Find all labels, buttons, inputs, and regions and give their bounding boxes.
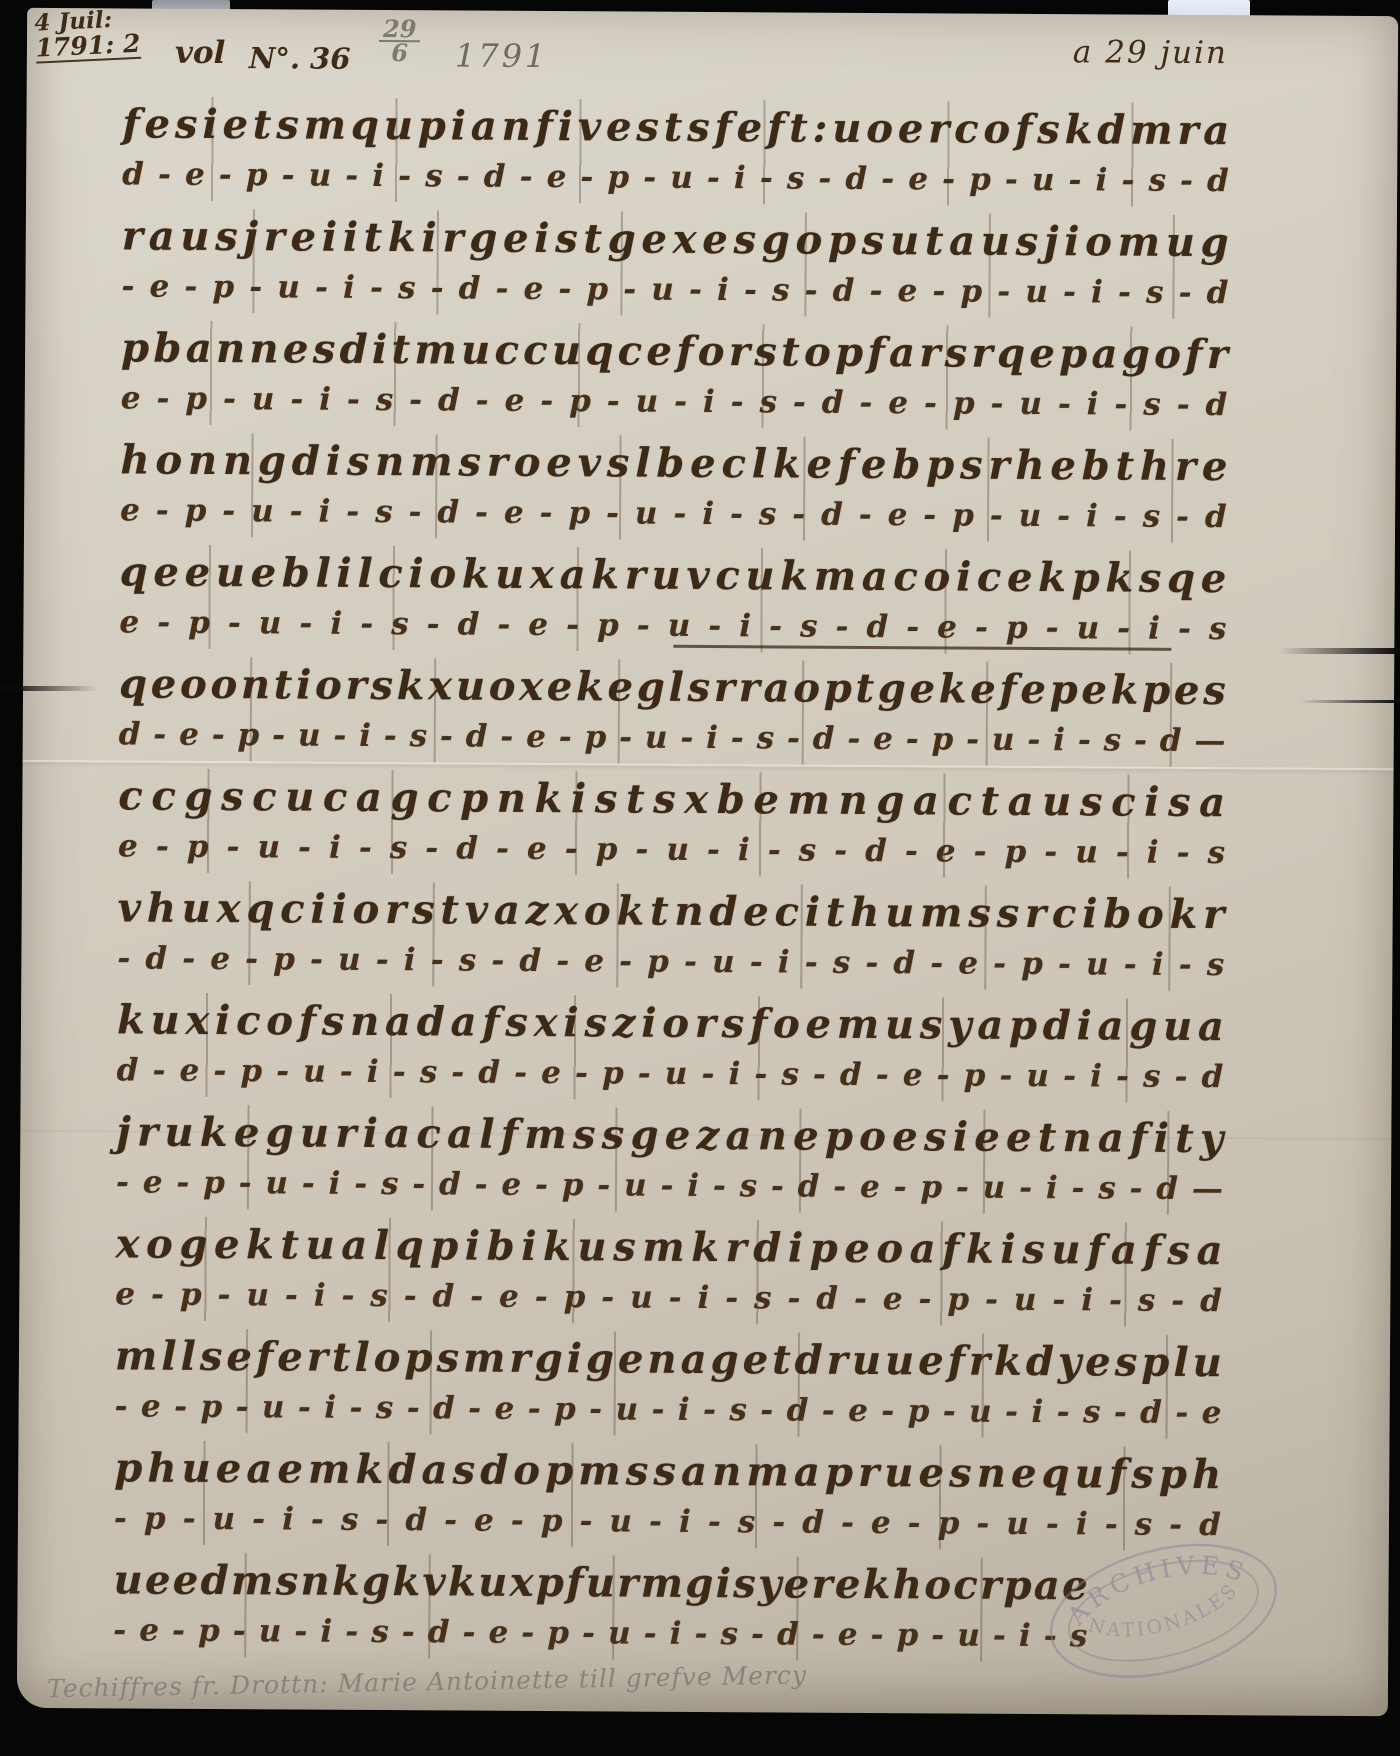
archival-date-line2: 1791: 2 xyxy=(35,31,141,64)
cipher-text-row: fesietsmqupianfivestsfeft:uoercofskdmra xyxy=(122,96,1229,159)
edge-shadow-left xyxy=(0,686,98,691)
cipher-line-pair: qeoontiorskxuoxekeglsrraoptgekefepekpes … xyxy=(119,656,1227,767)
cipher-line-pair: pbannesditmuccuqceforstopfarsrqepagofr e… xyxy=(121,320,1229,431)
cipher-key-row: -e-p-u-i-s-d-e-p-u-i-s-d-e-p-u-i-s-d xyxy=(121,264,1228,315)
cipher-line-pair: jrukeguriacalfmssgezanepoesieetnafity -e… xyxy=(116,1104,1224,1215)
cipher-key-row: d-e-p-u-i-s-d-e-p-u-i-s-d-e-p-u-i-s-d xyxy=(122,152,1229,203)
cipher-text-row: rausjreiitkirgeistgexesgopsutausjiomug xyxy=(122,208,1229,271)
cipher-text-row: vhuxqciiorstvazxoktndecithumssrcibokr xyxy=(118,880,1225,943)
archivist-pencil-note: Techiffres fr. Drottn: Marie Antoinette … xyxy=(47,1660,808,1703)
archival-annotation: 4 Juil: 1791: 2 xyxy=(34,6,141,64)
photograph-background: 4 Juil: 1791: 2 vol N°. 36 29 6 1791 a 2… xyxy=(0,0,1400,1756)
volume-annotation: vol xyxy=(175,35,226,71)
cipher-line-pair: vhuxqciiorstvazxoktndecithumssrcibokr -d… xyxy=(117,880,1225,991)
date-fraction-denominator: 6 xyxy=(391,38,408,67)
cipher-text-row: pbannesditmuccuqceforstopfarsrqepagofr xyxy=(121,320,1228,383)
letter-date: a 29 juin xyxy=(1073,34,1228,71)
cipher-line-pair: rausjreiitkirgeistgexesgopsutausjiomug -… xyxy=(121,208,1229,319)
cipher-key-row: -e-p-u-i-s-d-e-p-u-i-s-d-e-p-u-i-s-d— xyxy=(116,1160,1223,1211)
cipher-key-row: e-p-u-i-s-d-e-p-u-i-s-d-e-p-u-i-s-d xyxy=(121,376,1228,427)
cipher-line-pair: mllsefertlopsmrgigenagetdruuefrkdyesplu … xyxy=(115,1328,1223,1439)
cipher-text-row: phueaemkdasdopmssanmapruesnequfsph xyxy=(114,1440,1221,1503)
cipher-key-row: e-p-u-i-s-d-e-p-u-i-s-d-e-p-u-i-s xyxy=(118,824,1225,875)
cipher-text-block: fesietsmqupianfivestsfeft:uoercofskdmra … xyxy=(113,96,1230,1671)
cipher-text-row: jrukeguriacalfmssgezanepoesieetnafity xyxy=(116,1104,1223,1167)
cipher-key-row: -d-e-p-u-i-s-d-e-p-u-i-s-d-e-p-u-i-s xyxy=(117,936,1224,987)
edge-shadow-right-lower xyxy=(1300,700,1400,703)
cipher-text-row: mllsefertlopsmrgigenagetdruuefrkdyesplu xyxy=(115,1328,1222,1391)
cipher-text-row: ueedmsnkgkvkuxpfurmgisyerekhocrpae xyxy=(113,1552,1087,1614)
number-annotation: N°. 36 xyxy=(249,41,351,76)
cipher-line-pair: kuxicofsnadafsxisziorsfoemusyapdiagua d-… xyxy=(117,992,1225,1103)
cipher-key-row: e-p-u-i-s-d-e-p-u-i-s-d-e-p-u-i-s-d xyxy=(120,488,1227,539)
cipher-line-pair: xogektualqpibikusmkrdipeoafkisufafsa e-p… xyxy=(115,1216,1223,1327)
cipher-line-pair: ueedmsnkgkvkuxpfurmgisyerekhocrpae -e-p-… xyxy=(113,1552,1088,1662)
cipher-key-row: -e-p-u-i-s-d-e-p-u-i-s-d-e-p-u-i-s-d-e xyxy=(115,1384,1222,1435)
cipher-text-row: qeoontiorskxuoxekeglsrraoptgekefepekpes xyxy=(119,656,1226,719)
cipher-key-row: e-p-u-i-s-d-e-p-u-i-s-d-e-p-u-i-s xyxy=(119,600,1226,651)
letter-paper: 4 Juil: 1791: 2 vol N°. 36 29 6 1791 a 2… xyxy=(17,8,1398,1716)
cipher-key-row: -p-u-i-s-d-e-p-u-i-s-d-e-p-u-i-s-d xyxy=(114,1496,1221,1547)
cipher-text-row: honngdisnmsroevslbeclkefebpsrhebthre xyxy=(120,432,1227,495)
cipher-key-row: -e-p-u-i-s-d-e-p-u-i-s-d-e-p-u-i-s xyxy=(113,1608,1087,1658)
cipher-line-pair: qeeueblilciokuxakruvcukmacoicekpksqe e-p… xyxy=(119,544,1227,655)
cipher-text-row: qeeueblilciokuxakruvcukmacoicekpksqe xyxy=(120,544,1227,607)
cipher-text-row: kuxicofsnadafsxisziorsfoemusyapdiagua xyxy=(117,992,1224,1055)
cipher-key-row: d-e-p-u-i-s-d-e-p-u-i-s-d-e-p-u-i-s-d— xyxy=(119,712,1226,763)
cipher-text-row: xogektualqpibikusmkrdipeoafkisufafsa xyxy=(115,1216,1222,1279)
date-fraction: 29 6 xyxy=(379,18,421,64)
cipher-key-row: d-e-p-u-i-s-d-e-p-u-i-s-d-e-p-u-i-s-d xyxy=(117,1048,1224,1099)
cipher-line-pair: honngdisnmsroevslbeclkefebpsrhebthre e-p… xyxy=(120,432,1228,543)
cipher-text-row: ccgscucagcpnkistsxbemngactauscisa xyxy=(118,768,1225,831)
cipher-line-pair: fesietsmqupianfivestsfeft:uoercofskdmra … xyxy=(122,96,1230,207)
edge-shadow-right-upper xyxy=(1278,648,1400,654)
cipher-key-row: e-p-u-i-s-d-e-p-u-i-s-d-e-p-u-i-s-d xyxy=(115,1272,1222,1323)
cipher-line-pair: phueaemkdasdopmssanmapruesnequfsph -p-u-… xyxy=(114,1440,1222,1551)
year-annotation: 1791 xyxy=(455,36,549,75)
cipher-line-pair: ccgscucagcpnkistsxbemngactauscisa e-p-u-… xyxy=(118,768,1226,879)
